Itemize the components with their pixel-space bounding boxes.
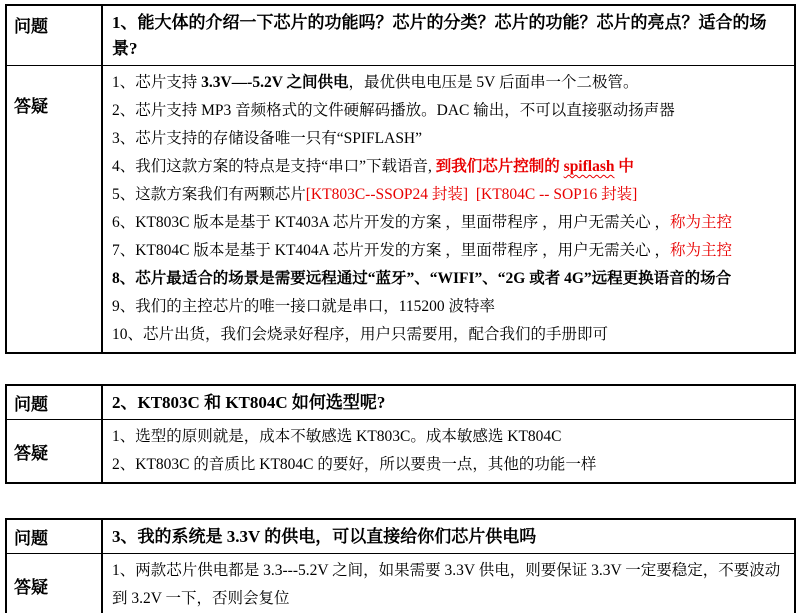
text-segment: 1、芯片支持 <box>112 74 201 91</box>
text-segment: 称为主控 <box>670 214 732 231</box>
text-segment: 中 <box>615 158 634 175</box>
qa-table-1: 问题 1、能大体的介绍一下芯片的功能吗？芯片的分类？芯片的功能？芯片的亮点？适合… <box>5 4 796 354</box>
text-segment: 1、选型的原则就是，成本不敏感选 KT803C。成本敏感选 KT804C <box>112 428 562 445</box>
answer-line: 3、芯片支持的存储设备唯一只有“SPIFLASH” <box>112 125 786 153</box>
answer-line: 4、我们这款方案的特点是支持“串口”下载语音, 到我们芯片控制的 spiflas… <box>112 153 786 181</box>
question-label: 问题 <box>7 520 103 554</box>
text-segment: 2、KT803C 的音质比 KT804C 的要好，所以要贵一点，其他的功能一样 <box>112 456 596 473</box>
answer-line: 8、芯片最适合的场景是需要远程通过“蓝牙”、“WIFI”、“2G 或者 4G”远… <box>112 265 786 293</box>
answer-line: 7、KT804C 版本是基于 KT404A 芯片开发的方案 ，里面带程序 ，用户… <box>112 237 786 265</box>
text-segment: 4、我们这款方案的特点是支持“串口”下载语音, <box>112 158 436 175</box>
answer-line: 1、选型的原则就是，成本不敏感选 KT803C。成本敏感选 KT804C <box>112 423 786 451</box>
question-text: 1、能大体的介绍一下芯片的功能吗？芯片的分类？芯片的功能？芯片的亮点？适合的场景… <box>103 6 794 66</box>
qa-table-3: 问题 3、我的系统是 3.3V 的供电，可以直接给你们芯片供电吗 答疑 1、两款… <box>5 518 796 613</box>
question-label: 问题 <box>7 386 103 420</box>
text-segment: 3、芯片支持的存储设备唯一只有“SPIFLASH” <box>112 130 422 147</box>
answer-line: 2、KT803C 的音质比 KT804C 的要好，所以要贵一点，其他的功能一样 <box>112 451 786 479</box>
text-segment: ，最优供电电压是 5V 后面串一个二极管。 <box>349 74 639 91</box>
text-segment: 8、芯片最适合的场景是需要远程通过“蓝牙”、“WIFI”、“2G 或者 4G”远… <box>112 270 731 287</box>
text-segment: 称为主控 <box>670 242 732 259</box>
text-segment: 3.3V—-5.2V 之间供电 <box>201 74 348 91</box>
text-segment: 到我们芯片控制的 <box>436 158 564 175</box>
answer-label: 答疑 <box>7 66 103 352</box>
text-segment: 1、两款芯片供电都是 3.3---5.2V 之间，如果需要 3.3V 供电，则要… <box>112 562 780 607</box>
question-text: 3、我的系统是 3.3V 的供电，可以直接给你们芯片供电吗 <box>103 520 794 554</box>
answer-lines: 1、选型的原则就是，成本不敏感选 KT803C。成本敏感选 KT804C2、KT… <box>103 420 794 482</box>
answer-lines: 1、芯片支持 3.3V—-5.2V 之间供电，最优供电电压是 5V 后面串一个二… <box>103 66 794 352</box>
text-segment: 2、芯片支持 MP3 音频格式的文件硬解码播放。DAC 输出，不可以直接驱动扬声… <box>112 102 675 119</box>
answer-label: 答疑 <box>7 420 103 482</box>
answer-label: 答疑 <box>7 554 103 613</box>
qa-table-2: 问题 2、KT803C 和 KT804C 如何选型呢? 答疑 1、选型的原则就是… <box>5 384 796 484</box>
answer-line: 5、这款方案我们有两颗芯片[KT803C--SSOP24 封装] [KT804C… <box>112 181 786 209</box>
answer-line: 6、KT803C 版本是基于 KT403A 芯片开发的方案 ，里面带程序 ，用户… <box>112 209 786 237</box>
question-text: 2、KT803C 和 KT804C 如何选型呢? <box>103 386 794 420</box>
faq-document: 问题 1、能大体的介绍一下芯片的功能吗？芯片的分类？芯片的功能？芯片的亮点？适合… <box>0 0 794 613</box>
text-segment: 9、我们的主控芯片的唯一接口就是串口，115200 波特率 <box>112 298 495 315</box>
answer-line: 1、芯片支持 3.3V—-5.2V 之间供电，最优供电电压是 5V 后面串一个二… <box>112 69 786 97</box>
text-segment: 10、芯片出货，我们会烧录好程序，用户只需要用，配合我们的手册即可 <box>112 326 608 343</box>
answer-line: 2、芯片支持 MP3 音频格式的文件硬解码播放。DAC 输出，不可以直接驱动扬声… <box>112 97 786 125</box>
text-segment: 5、这款方案我们有两颗芯片 <box>112 186 306 203</box>
text-segment: [KT803C--SSOP24 封装] [KT804C -- SOP16 封装] <box>306 186 638 203</box>
text-segment: 6、KT803C 版本是基于 KT403A 芯片开发的方案 ，里面带程序 ，用户… <box>112 214 670 231</box>
question-label: 问题 <box>7 6 103 66</box>
text-segment: spiflash <box>564 158 615 175</box>
answer-line: 1、两款芯片供电都是 3.3---5.2V 之间，如果需要 3.3V 供电，则要… <box>112 557 786 613</box>
answer-line: 9、我们的主控芯片的唯一接口就是串口，115200 波特率 <box>112 293 786 321</box>
text-segment: 7、KT804C 版本是基于 KT404A 芯片开发的方案 ，里面带程序 ，用户… <box>112 242 670 259</box>
answer-lines: 1、两款芯片供电都是 3.3---5.2V 之间，如果需要 3.3V 供电，则要… <box>103 554 794 613</box>
answer-line: 10、芯片出货，我们会烧录好程序，用户只需要用，配合我们的手册即可 <box>112 321 786 349</box>
